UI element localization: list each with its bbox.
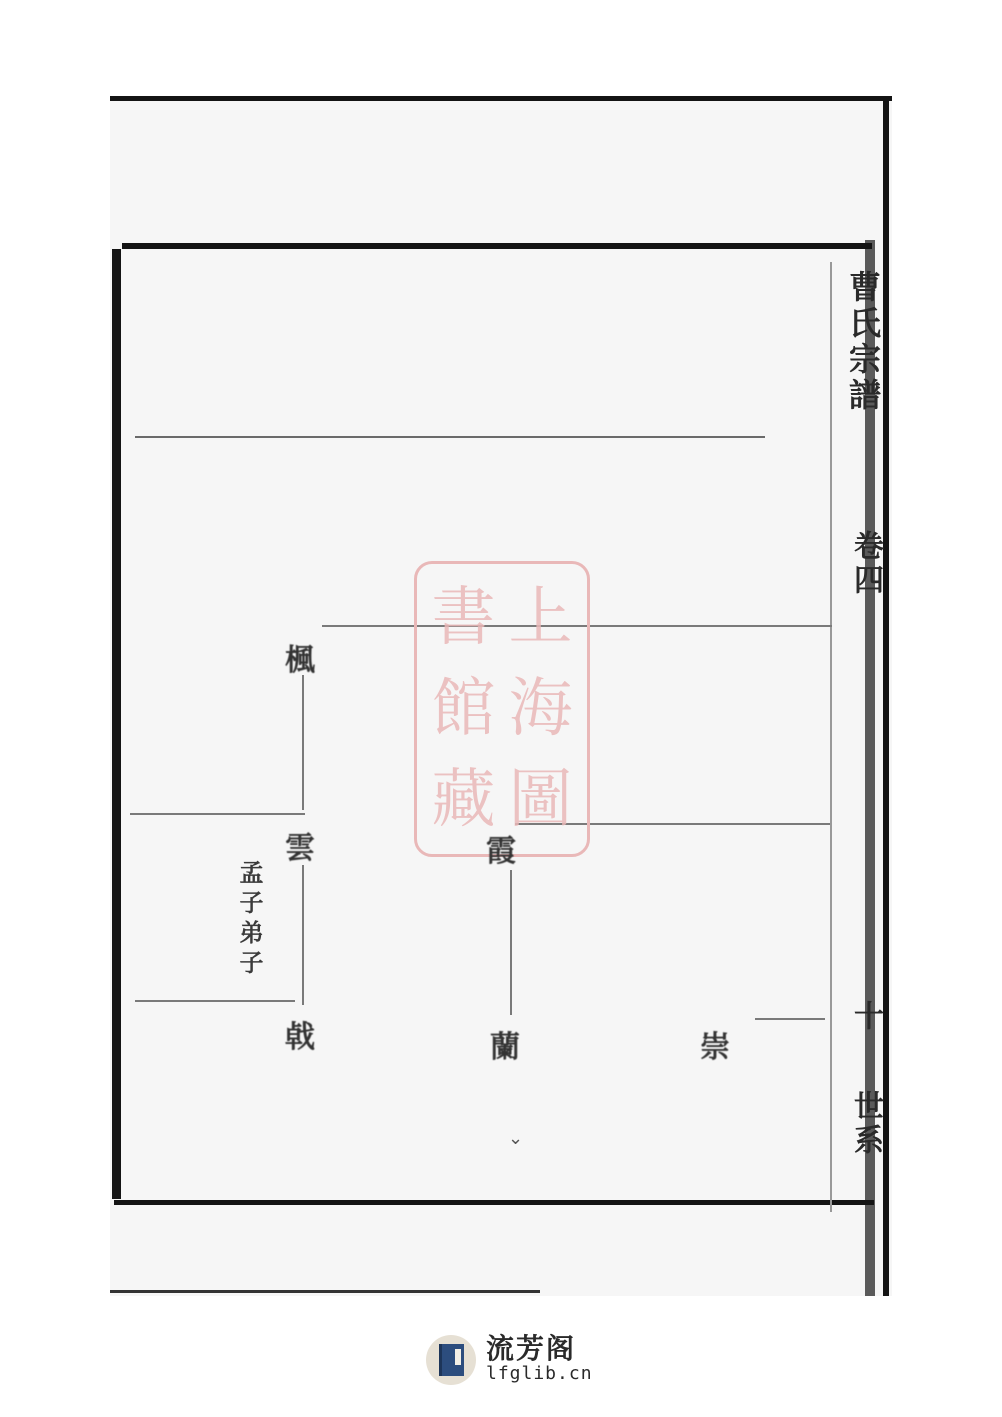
brand-url[interactable]: lfglib.cn [486, 1363, 593, 1385]
generation-divider [135, 436, 765, 438]
book-logo-icon [426, 1335, 476, 1385]
name-xia: 霞 [486, 826, 516, 870]
stem-feng-yun [302, 675, 304, 810]
watermark-logo[interactable]: 流芳阁 lfglib.cn [426, 1335, 593, 1385]
seal-char: 上 [502, 572, 579, 663]
branch-line-bottom-left [135, 1000, 295, 1002]
ink-mark: ⌄ [508, 1128, 523, 1149]
brand-text: 流芳阁 lfglib.cn [486, 1335, 593, 1385]
page-section: 世系 [843, 1090, 887, 1158]
frame-left-border [112, 249, 121, 1199]
name-lan: 蘭 [490, 1022, 520, 1066]
seal-char: 書 [425, 572, 502, 663]
book-title: 曹氏宗譜 [840, 270, 886, 414]
seal-char: 館 [425, 663, 502, 754]
book-icon [439, 1344, 464, 1376]
volume-marker: 卷四 [843, 530, 887, 598]
frame-bottom-border [114, 1200, 874, 1205]
margin-column-line [830, 262, 832, 1212]
name-chong: 崇 [700, 1022, 730, 1066]
frame-top-border [122, 243, 872, 249]
page-number: 十 [843, 1000, 887, 1034]
stem-yun-bottom [302, 865, 304, 1005]
annotation-mencius-disciple: 孟子弟子 [232, 860, 267, 980]
library-seal: 上 海 圖 書 館 藏 [414, 561, 590, 857]
branch-line-yun [130, 813, 305, 815]
outer-bottom-border [110, 1290, 540, 1293]
outer-top-border [110, 96, 892, 101]
stem-xia-lan [510, 870, 512, 1015]
name-yun: 雲 [285, 823, 315, 867]
brand-name: 流芳阁 [486, 1335, 593, 1363]
name-bottom-left: 㦸 [285, 1012, 315, 1056]
name-feng: 楓 [285, 635, 315, 679]
branch-line-chong [755, 1018, 825, 1020]
seal-char: 海 [502, 663, 579, 754]
